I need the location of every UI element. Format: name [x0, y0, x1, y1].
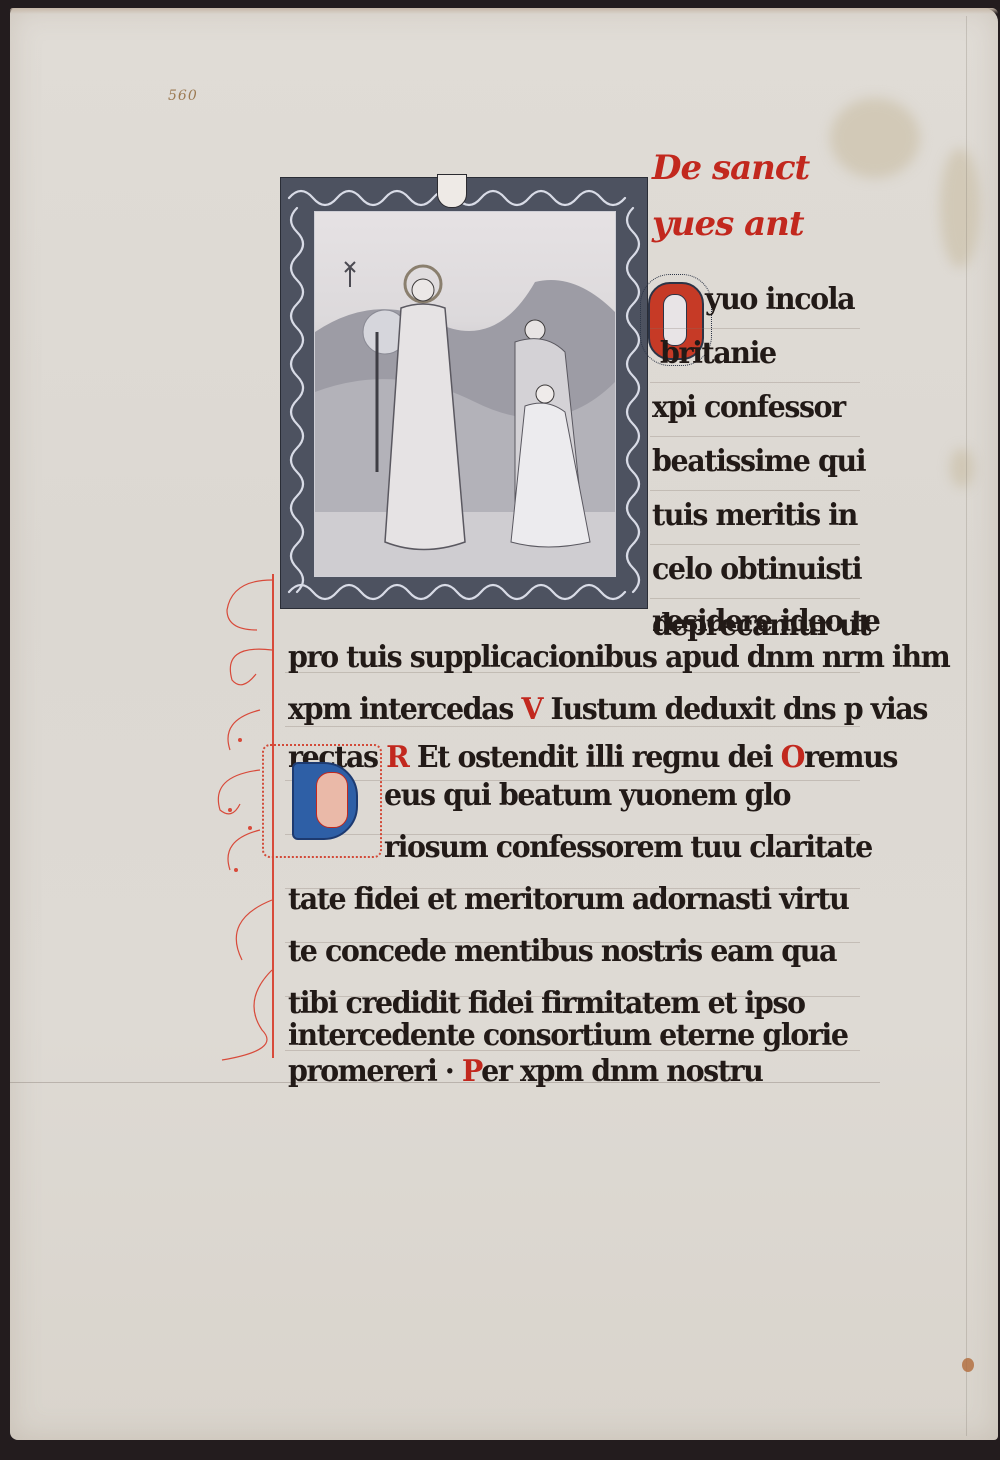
miniature-painting: [280, 177, 648, 609]
text-line: deprecamur ut: [652, 608, 870, 643]
text-segment: xpm intercedas: [288, 692, 513, 727]
ruling-line: [650, 598, 860, 599]
text-segment: Iustum deduxit dns p vias: [551, 692, 927, 727]
text-line: intercedente consortium eterne glorie: [288, 1018, 848, 1053]
text-line: yuo incola: [705, 282, 854, 317]
versicle-mark-icon: V: [521, 692, 542, 727]
text-line: xpm intercedas V Iustum deduxit dns p vi…: [288, 692, 927, 727]
text-line: xpi confessor: [652, 390, 845, 425]
response-mark-icon: R: [386, 740, 408, 775]
text-line: celo obtinuisti: [652, 552, 861, 587]
ink-stain: [962, 1358, 974, 1372]
text-line: te concede mentibus nostris eam qua: [288, 934, 836, 969]
text-segment: Et ostendit illi regnu dei: [417, 740, 772, 775]
rubric-heading-line-1: De sanct: [652, 148, 809, 188]
red-capital: P: [462, 1054, 481, 1089]
ruling-line: [650, 328, 860, 329]
text-segment: remus: [804, 740, 897, 775]
illuminated-initial-d-icon: [292, 762, 358, 840]
stain: [940, 148, 980, 268]
miniature-scene: [314, 211, 616, 577]
ruling-line: [650, 544, 860, 545]
ruling-line: [650, 382, 860, 383]
text-segment: promereri ·: [288, 1054, 453, 1089]
ruling-line: [650, 436, 860, 437]
saint-yves-scene-icon: [315, 212, 615, 576]
text-line: britanie: [660, 336, 776, 371]
text-segment: er xpm dnm nostru: [481, 1054, 762, 1089]
stain: [950, 448, 974, 488]
red-capital: O: [781, 740, 804, 775]
ruling-line: [966, 16, 967, 1436]
text-line: tate fidei et meritorum adornasti virtu: [288, 882, 848, 917]
ermine-shield-icon: [437, 174, 467, 208]
text-line: tibi credidit fidei firmitatem et ipso: [288, 986, 805, 1021]
text-line: riosum confessorem tuu claritate: [384, 830, 872, 865]
leaf-top-edge: [10, 8, 998, 14]
text-line: pro tuis supplicacionibus apud dnm nrm i…: [288, 640, 949, 675]
ruling-line: [650, 490, 860, 491]
text-line: promereri · Per xpm dnm nostru: [288, 1054, 762, 1089]
folio-number: 560: [168, 88, 198, 104]
rubric-heading-line-2: yues ant: [652, 204, 804, 244]
stain: [830, 98, 920, 178]
text-line: beatissime qui: [652, 444, 865, 479]
text-line: tuis meritis in: [652, 498, 857, 533]
text-line: eus qui beatum yuonem glo: [384, 778, 790, 813]
